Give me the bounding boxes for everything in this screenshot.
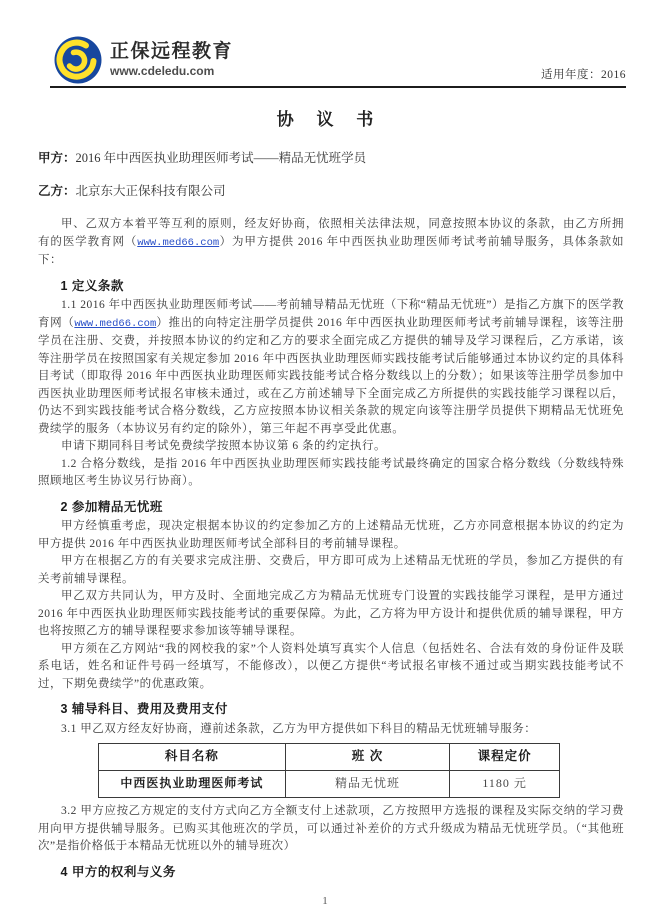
course-table: 科目名称班 次课程定价中西医执业助理医师考试精品无忧班1180 元 xyxy=(98,743,560,798)
section-heading: 1 定义条款 xyxy=(38,278,624,296)
paragraph-text: 甲方经慎重考虑，现决定根据本协议的约定参加乙方的上述精品无忧班，乙方亦同意根据本… xyxy=(38,520,624,550)
page-header: 正保远程教育 www.cdeledu.com 适用年度：2016 xyxy=(50,0,626,88)
applicable-year-label: 适用年度：2016 xyxy=(541,66,626,84)
contract-paragraph: 1.2 合格分数线，是指 2016 年中西医执业助理医师实践技能考试最终确定的国… xyxy=(38,456,624,491)
med66-link[interactable]: www.med66.com xyxy=(74,318,156,330)
table-header-cell: 班 次 xyxy=(285,744,450,771)
paragraph-text: 申请下期同科目考试免费续学按照本协议第 6 条的约定执行。 xyxy=(61,440,386,452)
contract-paragraph: 甲、乙双方本着平等互利的原则，经友好协商，依照相关法律法规，同意按照本协议的条款… xyxy=(38,216,624,270)
brand: 正保远程教育 www.cdeledu.com xyxy=(54,36,233,84)
parties-block: 甲方：2016 年中西医执业助理医师考试——精品无忧班学员乙方：北京东大正保科技… xyxy=(38,150,624,200)
cdeledu-logo-icon xyxy=(54,36,102,84)
table-cell: 中西医执业助理医师考试 xyxy=(99,771,286,798)
paragraph-text: 甲乙双方共同认为，甲方及时、全面地完成乙方为精品无忧班专门设置的实践技能学习课程… xyxy=(38,590,624,637)
document-title: 协 议 书 xyxy=(0,105,650,130)
paragraph-text: 3.2 甲方应按乙方规定的支付方式向乙方全额支付上述款项，乙方按照甲方选报的课程… xyxy=(38,805,624,852)
contract-paragraph: 甲方经慎重考虑，现决定根据本协议的约定参加乙方的上述精品无忧班，乙方亦同意根据本… xyxy=(38,518,624,553)
table-header-cell: 科目名称 xyxy=(99,744,286,771)
contract-paragraph: 甲乙双方共同认为，甲方及时、全面地完成乙方为精品无忧班专门设置的实践技能学习课程… xyxy=(38,588,624,641)
contract-paragraph: 甲方在根据乙方的有关要求完成注册、交费后，甲方即可成为上述精品无忧班的学员，参加… xyxy=(38,553,624,588)
brand-url: www.cdeledu.com xyxy=(110,64,233,78)
paragraph-text: ）推出的向特定注册学员提供 2016 年中西医执业助理医师考试考前辅导课程，该等… xyxy=(38,317,624,435)
paragraph-text: 甲方须在乙方网站“我的网校我的家”个人资料处填写真实个人信息（包括姓名、合法有效… xyxy=(38,643,624,690)
brand-name: 正保远程教育 xyxy=(110,41,233,64)
table-cell: 精品无忧班 xyxy=(285,771,450,798)
table-header-row: 科目名称班 次课程定价 xyxy=(99,744,560,771)
paragraph-text: 3.1 甲乙双方经友好协商，遵前述条款，乙方为甲方提供如下科目的精品无忧班辅导服… xyxy=(61,723,536,735)
contract-paragraph: 甲方须在乙方网站“我的网校我的家”个人资料处填写真实个人信息（包括姓名、合法有效… xyxy=(38,641,624,694)
party-line: 乙方：北京东大正保科技有限公司 xyxy=(38,183,624,200)
contract-paragraph: 3.2 甲方应按乙方规定的支付方式向乙方全额支付上述款项，乙方按照甲方选报的课程… xyxy=(38,803,624,856)
party-text: 北京东大正保科技有限公司 xyxy=(76,184,226,198)
contract-paragraph: 1.1 2016 年中西医执业助理医师考试——考前辅导精品无忧班（下称“精品无忧… xyxy=(38,297,624,438)
table-row: 中西医执业助理医师考试精品无忧班1180 元 xyxy=(99,771,560,798)
party-text: 2016 年中西医执业助理医师考试——精品无忧班学员 xyxy=(76,151,367,165)
paragraph-text: 1.2 合格分数线，是指 2016 年中西医执业助理医师实践技能考试最终确定的国… xyxy=(38,458,624,488)
table-header-cell: 课程定价 xyxy=(450,744,560,771)
document-body: 甲、乙双方本着平等互利的原则，经友好协商，依照相关法律法规，同意按照本协议的条款… xyxy=(38,216,624,881)
contract-paragraph: 申请下期同科目考试免费续学按照本协议第 6 条的约定执行。 xyxy=(38,438,624,456)
section-heading: 4 甲方的权利与义务 xyxy=(38,864,624,882)
party-label: 乙方： xyxy=(38,184,76,198)
paragraph-text: 甲方在根据乙方的有关要求完成注册、交费后，甲方即可成为上述精品无忧班的学员，参加… xyxy=(38,555,624,585)
page-number: 1 xyxy=(0,895,650,907)
contract-paragraph: 3.1 甲乙双方经友好协商，遵前述条款，乙方为甲方提供如下科目的精品无忧班辅导服… xyxy=(38,721,624,739)
section-heading: 3 辅导科目、费用及费用支付 xyxy=(38,701,624,719)
party-line: 甲方：2016 年中西医执业助理医师考试——精品无忧班学员 xyxy=(38,150,624,167)
document-page: 正保远程教育 www.cdeledu.com 适用年度：2016 协 议 书 甲… xyxy=(0,0,650,919)
party-label: 甲方： xyxy=(38,151,76,165)
section-heading: 2 参加精品无忧班 xyxy=(38,499,624,517)
table-cell: 1180 元 xyxy=(450,771,560,798)
brand-text: 正保远程教育 www.cdeledu.com xyxy=(110,41,233,78)
med66-link[interactable]: www.med66.com xyxy=(137,237,219,249)
